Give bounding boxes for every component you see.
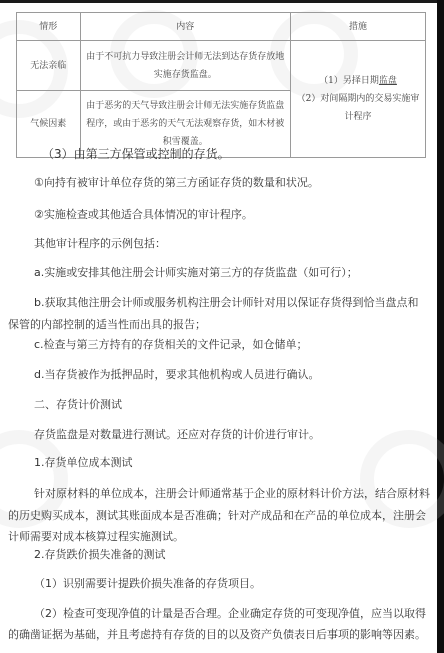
measure-line: （2）对间隔期内的交易实施审	[292, 90, 424, 108]
table-row: 无法亲临 由于不可抗力导致注册会计师无法到达存货存放地 实施存货监盘。 （1）另…	[17, 41, 426, 91]
cell-measures: （1）另择日期监盘 （2）对间隔期内的交易实施审 计程序	[291, 41, 426, 158]
situation-table: 情形 内容 措施 无法亲临 由于不可抗力导致注册会计师无法到达存货存放地 实施存…	[16, 12, 426, 158]
header-measures: 措施	[291, 13, 426, 41]
paragraph: ②实施检查或其他适合具体情况的审计程序。	[0, 204, 444, 225]
cell-situation: 无法亲临	[17, 41, 81, 91]
section-heading: 二、存货计价测试	[0, 394, 444, 415]
list-item: c.检查与第三方持有的存货相关的文件记录，如仓储单；	[0, 334, 444, 355]
top-border-bar	[0, 0, 444, 3]
content-line: 由于恶劣的天气导致注册会计师无法实施存货监盘	[82, 97, 290, 115]
paragraph: ①向持有被审计单位存货的第三方函证存货的数量和状况。	[0, 172, 444, 193]
content-line: 实施存货监盘。	[82, 66, 290, 84]
measure-line: 计程序	[292, 108, 424, 126]
list-item: b.获取其他注册会计师或服务机构注册会计师针对用以保证存货得到恰当盘点和	[0, 292, 444, 313]
header-situation: 情形	[17, 13, 81, 41]
content-line: 程序，或由于恶劣的天气无法观察存货，如木材被	[82, 115, 290, 133]
subsection-heading: 2.存货跌价损失准备的测试	[0, 544, 444, 565]
table-header-row: 情形 内容 措施	[17, 13, 426, 41]
subsection-title: （3）由第三方保管或控制的存货。	[0, 144, 444, 165]
paragraph: 其他审计程序的示例包括：	[0, 233, 444, 254]
list-item-continued: 保管的内部控制的适当性而出具的报告；	[0, 314, 434, 335]
content-line: 由于不可抗力导致注册会计师无法到达存货存放地	[82, 48, 290, 66]
paragraph: 存货监盘是对数量进行测试。还应对存货的计价进行审计。	[0, 424, 444, 445]
list-item: a.实施或安排其他注册会计师实施对第三方的存货监盘（如可行）；	[0, 262, 444, 283]
list-item-continued: 的确凿证据为基础，并且考虑持有存货的目的以及资产负债表日后事项的影响等因素。	[0, 624, 434, 645]
paragraph-continued: 的历史购买成本，测试其账面成本是否准确；针对产成品和在产品的单位成本，注册会	[0, 505, 434, 526]
subsection-heading: 1.存货单位成本测试	[0, 452, 444, 473]
paragraph: 针对原材料的单位成本，注册会计师通常基于企业的原材料计价方法，结合原材料	[0, 483, 444, 504]
measure-line: （1）另择日期监盘	[292, 72, 424, 90]
cell-content: 由于不可抗力导致注册会计师无法到达存货存放地 实施存货监盘。	[80, 41, 291, 91]
header-content: 内容	[80, 13, 291, 41]
list-item: （2）检查可变现净值的计量是否合理。企业确定存货的可变现净值，应当以取得	[0, 603, 444, 624]
list-item: （1）识别需要计提跌价损失准备的存货项目。	[0, 573, 444, 594]
list-item: d.当存货被作为抵押品时，要求其他机构或人员进行确认。	[0, 364, 444, 385]
